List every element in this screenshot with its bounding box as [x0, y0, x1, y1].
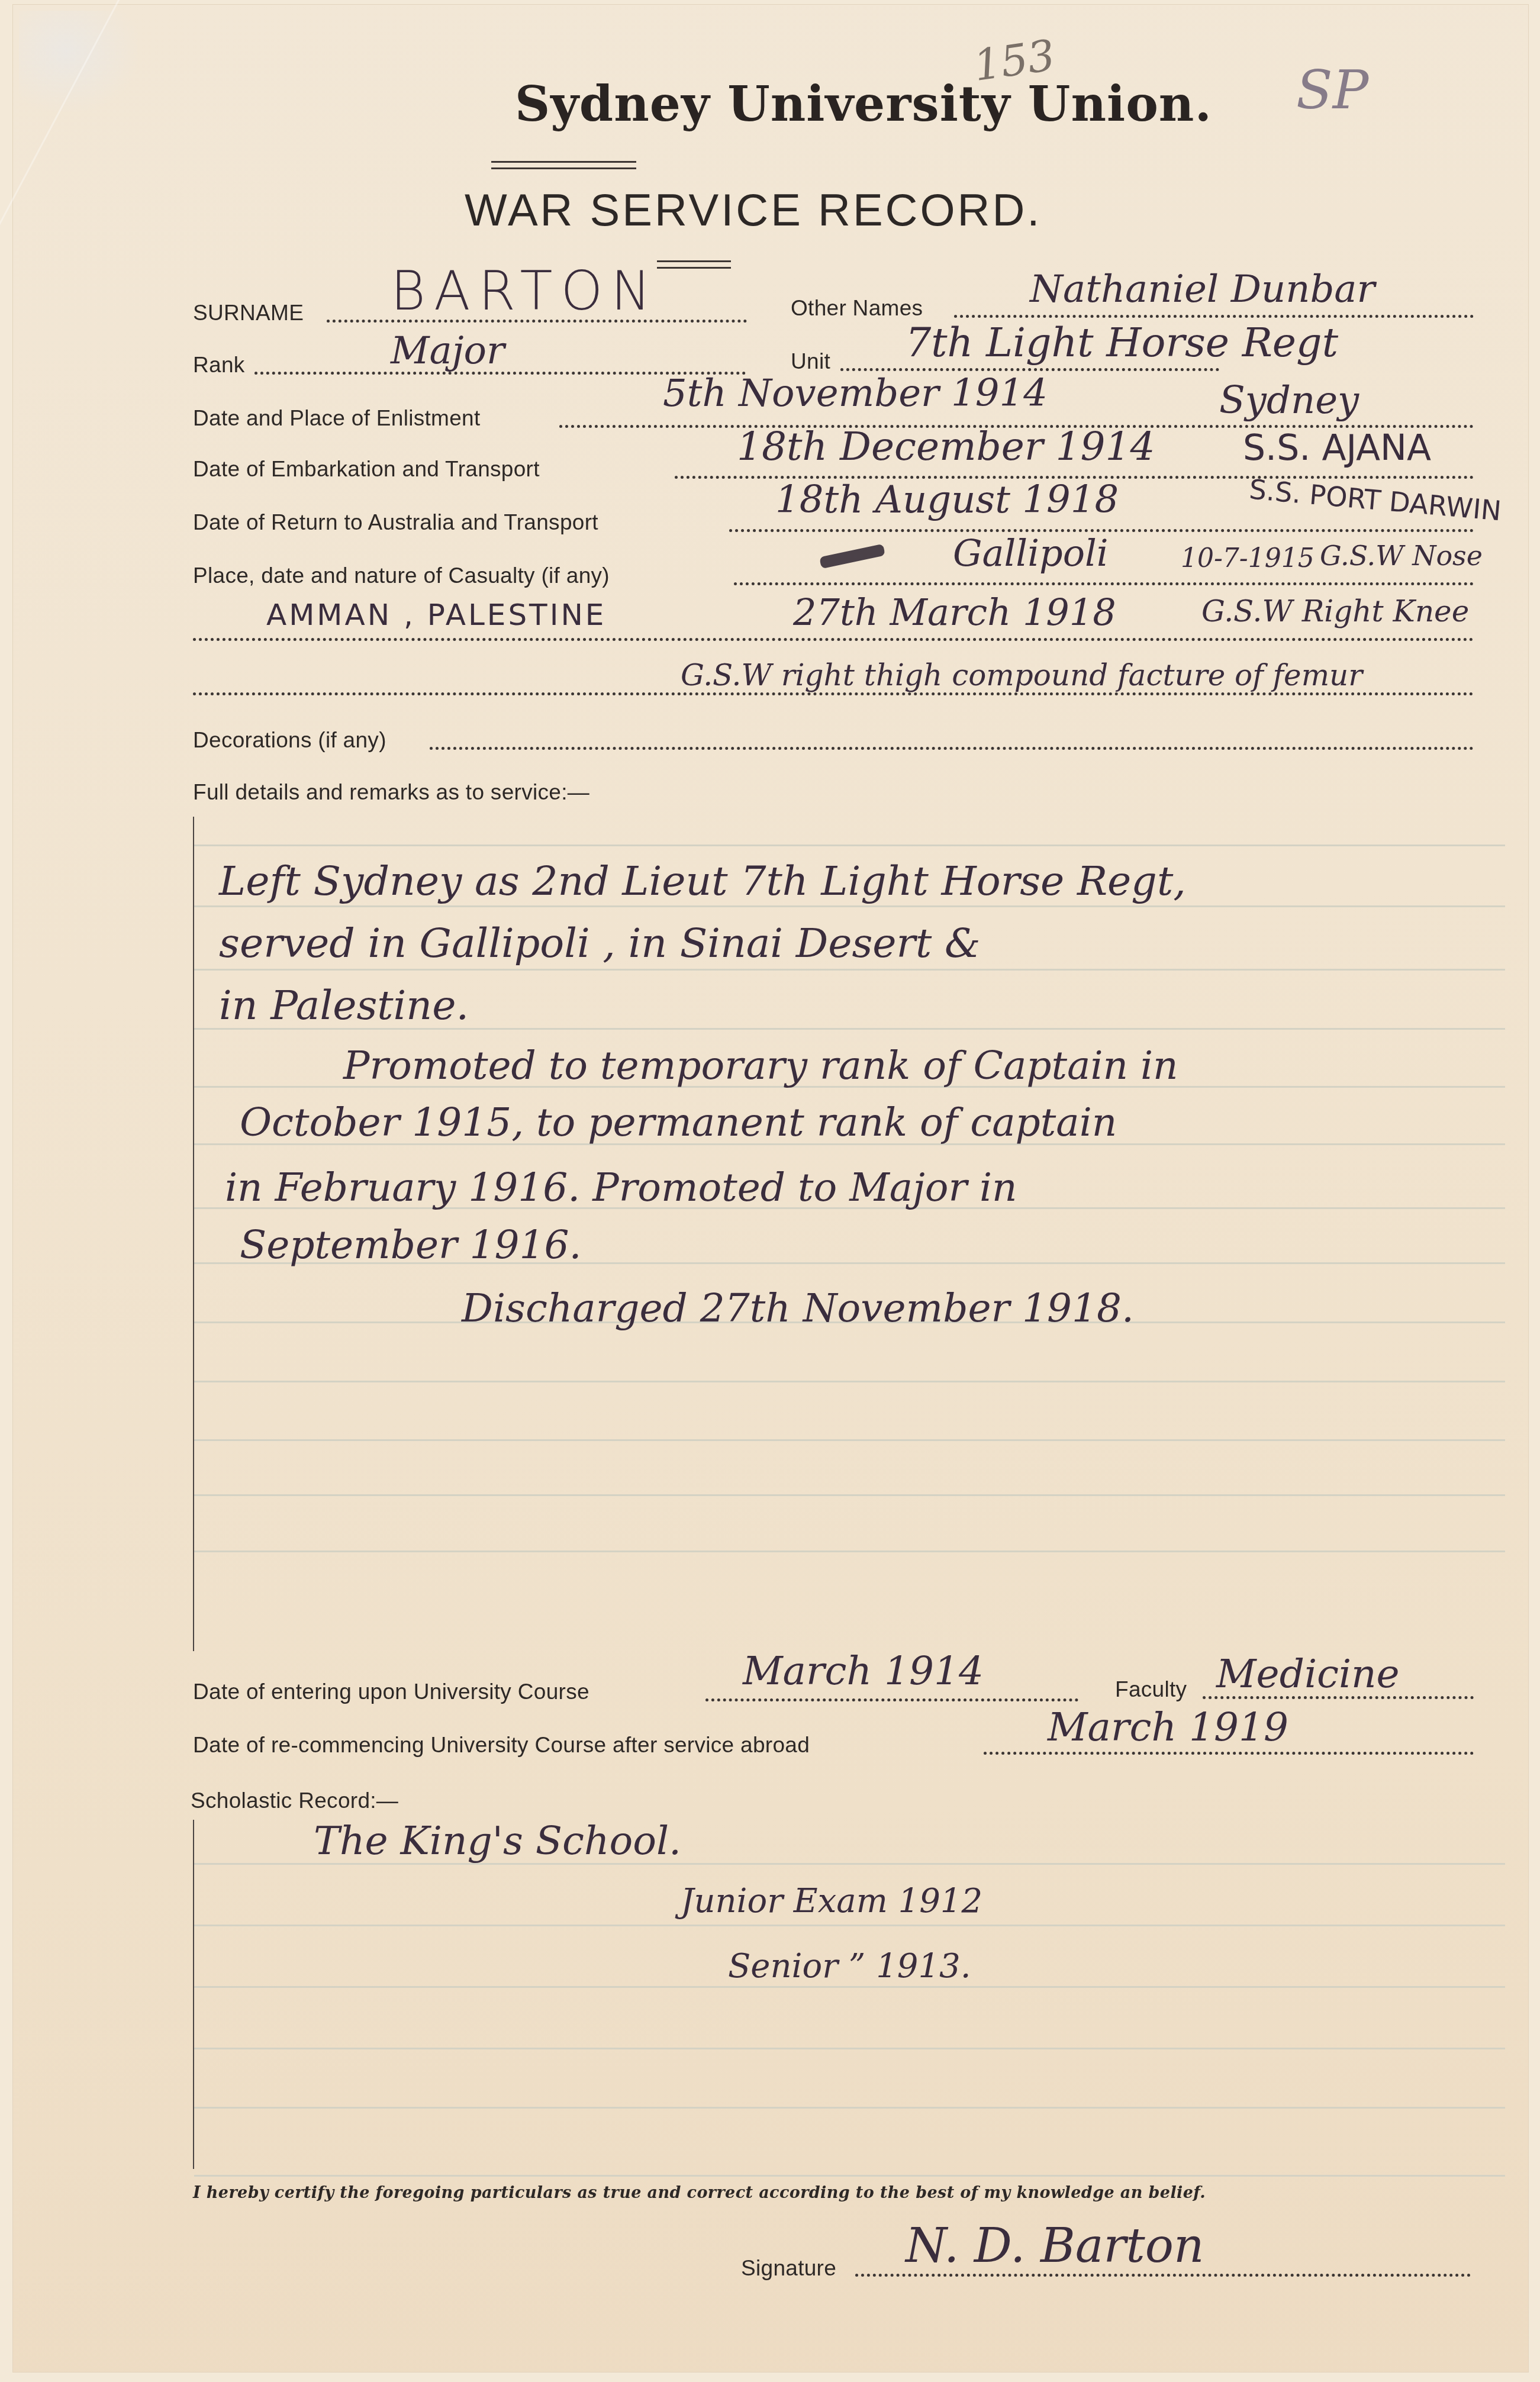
other-names-line [954, 315, 1474, 318]
embarkation-transport[interactable]: S.S. AJANA [1243, 427, 1431, 469]
unit-label: Unit [791, 349, 830, 374]
enlistment-date[interactable]: 5th November 1914 [663, 372, 1048, 415]
casualty-2-date[interactable]: 27th March 1918 [793, 591, 1116, 634]
ruled-line [194, 1439, 1505, 1441]
ruled-line [194, 2107, 1505, 2109]
enlistment-place[interactable]: Sydney [1219, 379, 1359, 423]
unit-value[interactable]: 7th Light Horse Regt [906, 320, 1338, 366]
casualty-line-2 [193, 638, 1474, 641]
surname-value[interactable]: BARTON [391, 260, 659, 323]
casualty-line-3 [193, 692, 1474, 695]
initials-mark: SP [1296, 59, 1368, 121]
university-entry-value[interactable]: March 1914 [743, 1648, 984, 1694]
surname-label: SURNAME [193, 301, 304, 325]
ruled-line [194, 1925, 1505, 1926]
paper-stain [19, 11, 137, 111]
embarkation-label: Date of Embarkation and Transport [193, 457, 540, 482]
faculty-label: Faculty [1115, 1677, 1187, 1702]
scholastic-line-2[interactable]: Senior ” 1913. [728, 1947, 971, 1985]
ruled-line [194, 905, 1505, 907]
remarks-line-8[interactable]: Discharged 27th November 1918. [462, 1285, 1134, 1331]
certification-text: I hereby certify the foregoing particula… [193, 2184, 1206, 2202]
remarks-line-5[interactable]: October 1915, to permanent rank of capta… [240, 1100, 1117, 1145]
remarks-line-4[interactable]: Promoted to temporary rank of Captain in [343, 1043, 1178, 1088]
return-label: Date of Return to Australia and Transpor… [193, 510, 598, 535]
signature-label: Signature [741, 2256, 836, 2281]
scholastic-line-1[interactable]: Junior Exam 1912 [681, 1882, 982, 1920]
remarks-margin-line [193, 817, 194, 1651]
embarkation-date[interactable]: 18th December 1914 [737, 424, 1155, 469]
record-title: WAR SERVICE RECORD. [465, 185, 1042, 236]
title-rule [491, 161, 636, 169]
other-names-value[interactable]: Nathaniel Dunbar [1030, 267, 1375, 311]
ruled-line [194, 969, 1505, 971]
casualty-label: Place, date and nature of Casualty (if a… [193, 563, 610, 588]
remarks-line-6[interactable]: in February 1916. Promoted to Major in [225, 1165, 1017, 1210]
casualty-1-place[interactable]: Gallipoli [953, 531, 1109, 575]
decorations-label: Decorations (if any) [193, 728, 386, 753]
remarks-line-7[interactable]: September 1916. [240, 1222, 581, 1268]
remarks-line-3[interactable]: in Palestine. [219, 982, 469, 1029]
scholastic-school[interactable]: The King's School. [314, 1818, 681, 1864]
unit-line [840, 368, 1219, 371]
ruled-line [194, 1381, 1505, 1382]
casualty-2-place[interactable]: AMMAN , PALESTINE [266, 598, 606, 632]
casualty-1-date[interactable]: 10-7-1915 [1181, 543, 1315, 573]
ruled-line [194, 2048, 1505, 2049]
ruled-line [194, 1494, 1505, 1496]
organisation-title: Sydney University Union. [515, 76, 1212, 133]
casualty-line-1 [734, 582, 1474, 585]
remarks-line-2[interactable]: served in Gallipoli , in Sinai Desert & [219, 920, 981, 967]
ruled-line [194, 1551, 1505, 1552]
ruled-line [194, 1986, 1505, 1988]
rank-label: Rank [193, 353, 245, 378]
remarks-label: Full details and remarks as to service:— [193, 780, 589, 805]
signature-value[interactable]: N. D. Barton [906, 2218, 1204, 2273]
decorations-line [430, 747, 1474, 750]
scholastic-label: Scholastic Record:— [191, 1788, 398, 1813]
scholastic-margin-line [193, 1820, 194, 2169]
subtitle-rule [657, 260, 731, 269]
enlistment-label: Date and Place of Enlistment [193, 406, 481, 431]
signature-line [855, 2274, 1471, 2277]
recommencing-line [984, 1752, 1474, 1755]
recommencing-label: Date of re-commencing University Course … [193, 1733, 810, 1758]
recommencing-value[interactable]: March 1919 [1048, 1704, 1288, 1750]
faculty-value[interactable]: Medicine [1216, 1651, 1400, 1697]
other-names-label: Other Names [791, 296, 923, 321]
ruled-line [194, 2175, 1505, 2177]
casualty-1-nature[interactable]: G.S.W Nose [1320, 540, 1483, 572]
remarks-line-1[interactable]: Left Sydney as 2nd Lieut 7th Light Horse… [219, 858, 1186, 905]
return-date[interactable]: 18th August 1918 [775, 478, 1119, 522]
ruled-line [194, 845, 1505, 846]
university-entry-label: Date of entering upon University Course [193, 1680, 589, 1704]
casualty-2-nature[interactable]: G.S.W Right Knee [1201, 594, 1469, 628]
university-entry-line [705, 1698, 1078, 1701]
casualty-3-nature[interactable]: G.S.W right thigh compound facture of fe… [681, 658, 1362, 692]
rank-value[interactable]: Major [391, 329, 505, 373]
